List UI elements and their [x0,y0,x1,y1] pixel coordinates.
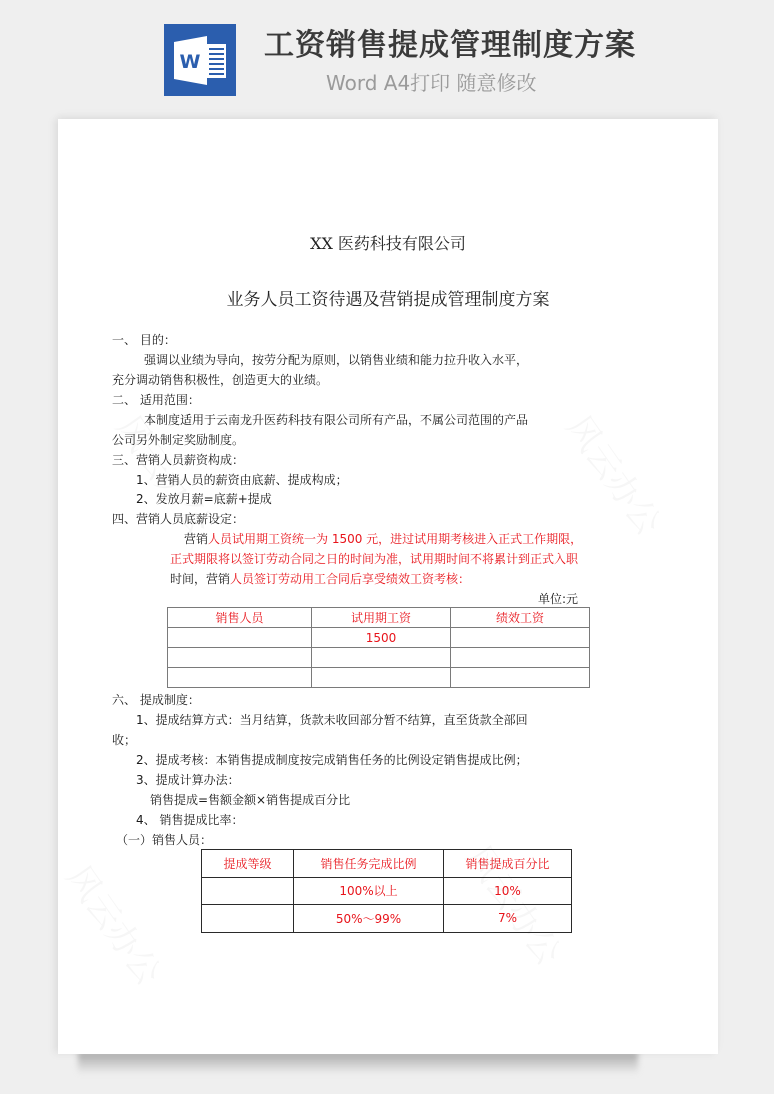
text-line: 2、提成考核：本销售提成制度按完成销售任务的比例设定销售提成比例； [136,752,528,768]
table-row: 100%以上10% [202,877,572,905]
table-row [168,648,590,668]
table-cell: 1500 [312,628,451,648]
red-paragraph-line-1: 营销人员试用期工资统一为 1500 元，进过试用期考核进入正式工作期限， [184,531,582,547]
table-header-row: 销售人员试用期工资绩效工资 [168,608,590,628]
salary-table: 销售人员试用期工资绩效工资1500 [167,607,590,688]
text-line: 六、 提成制度： [112,692,200,708]
commission-rate-table: 提成等级销售任务完成比例销售提成百分比100%以上10%50%～99%7% [201,849,572,933]
table-cell [168,628,312,648]
table-cell: 50%～99% [294,905,444,933]
header-subtitle: Word A4打印 随意修改 [326,70,537,96]
svg-text:W: W [180,51,201,73]
text-line: 1、营销人员的薪资由底薪、提成构成； [136,472,348,488]
table-header-cell: 销售任务完成比例 [294,850,444,878]
table-cell: 10% [444,877,572,905]
table-cell [202,905,294,933]
table-cell [312,668,451,688]
text-line: 公司另外制定奖励制度。 [112,432,244,448]
table-cell: 7% [444,905,572,933]
table-cell [451,648,590,668]
table-cell [168,668,312,688]
text-line: 四、营销人员底薪设定： [112,511,244,527]
company-name: XX 医药科技有限公司 [58,231,718,254]
table-header-row: 提成等级销售任务完成比例销售提成百分比 [202,850,572,878]
table-cell [451,628,590,648]
table-header-cell: 试用期工资 [312,608,451,628]
table-cell [168,648,312,668]
text-line: 本制度适用于云南龙升医药科技有限公司所有产品，不属公司范围的产品 [144,412,528,428]
table-cell [451,668,590,688]
table-row: 1500 [168,628,590,648]
text-line: 二、 适用范围： [112,392,200,408]
text-line: （一）销售人员： [116,832,212,848]
text-line: 4、 销售提成比率： [136,812,243,828]
table-cell: 100%以上 [294,877,444,905]
table-header-cell: 提成等级 [202,850,294,878]
table-row: 50%～99%7% [202,905,572,933]
table-cell [202,877,294,905]
table-header-cell: 销售人员 [168,608,312,628]
text-line: 收； [112,732,136,748]
text-line: 充分调动销售积极性，创造更大的业绩。 [112,372,328,388]
document-body: XX 医药科技有限公司 业务人员工资待遇及营销提成管理制度方案 一、 目的：强调… [58,119,718,1054]
page-shadow [78,1052,638,1074]
table-header-cell: 销售提成百分比 [444,850,572,878]
text-line: 一、 目的： [112,332,176,348]
header-title: 工资销售提成管理制度方案 [264,28,636,64]
table-header-cell: 绩效工资 [451,608,590,628]
unit-label: 单位:元 [538,590,578,607]
text-line: 三、营销人员薪资构成： [112,452,244,468]
text-line: 销售提成=售额金额×销售提成百分比 [150,792,350,808]
text-line: 2、发放月薪=底薪+提成 [136,491,272,507]
red-paragraph-line-3: 时间，营销人员签订劳动用工合同后享受绩效工资考核： [170,571,470,587]
table-row [168,668,590,688]
header-banner: W 工资销售提成管理制度方案 Word A4打印 随意修改 [0,0,774,110]
red-paragraph-line-2: 正式期限将以签订劳动合同之日的时间为准，试用期时间不将累计到正式入职 [170,551,578,567]
word-icon: W [164,24,236,96]
text-line: 1、提成结算方式：当月结算，货款未收回部分暂不结算，直至货款全部回 [136,712,528,728]
text-line: 强调以业绩为导向，按劳分配为原则，以销售业绩和能力拉升收入水平， [144,352,528,368]
table-cell [312,648,451,668]
document-title: 业务人员工资待遇及营销提成管理制度方案 [58,285,718,310]
text-line: 3、提成计算办法： [136,772,240,788]
document-page: 风云办公 风云办公 风云办公 风云办公 XX 医药科技有限公司 业务人员工资待遇… [58,119,718,1054]
